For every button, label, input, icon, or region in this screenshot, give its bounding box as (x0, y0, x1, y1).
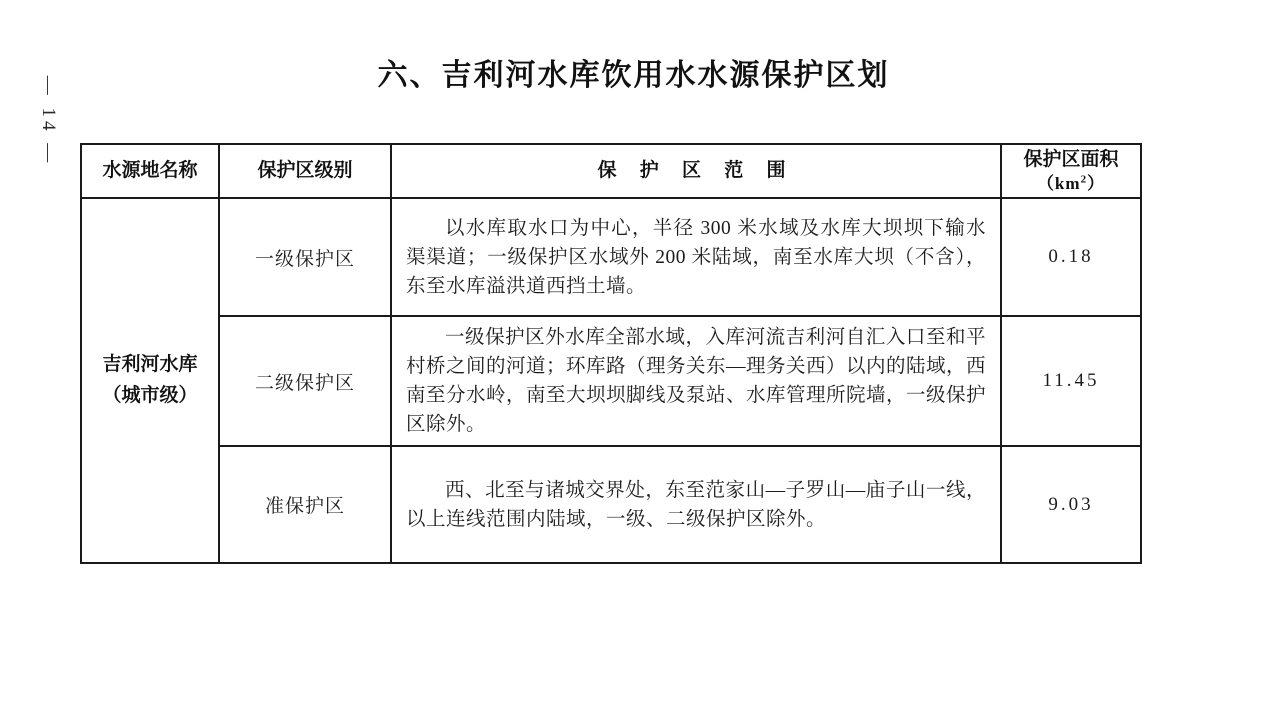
range-cell-quasi: 西、北至与诸城交界处，东至范家山—子罗山—庙子山一线，以上连线范围内陆域，一级、… (391, 446, 1001, 563)
protection-zone-table: 水源地名称 保护区级别 保 护 区 范 围 保护区面积 （km2） 吉利河水库 … (80, 143, 1142, 564)
header-protection-area: 保护区面积 （km2） (1001, 144, 1141, 198)
header-area-unit: （km2） (1002, 173, 1140, 194)
area-cell-secondary: 11.45 (1001, 316, 1141, 446)
document-page: — 14 — 六、吉利河水库饮用水水源保护区划 水源地名称 保护区级别 保 护 … (0, 0, 1267, 710)
source-name-cell: 吉利河水库 （城市级） (81, 198, 219, 563)
header-source-name: 水源地名称 (81, 144, 219, 198)
header-protection-level-label: 保护区级别 (257, 160, 352, 181)
source-name-line2: （城市级） (82, 381, 218, 411)
table-row: 吉利河水库 （城市级） 一级保护区 以水库取水口为中心，半径 300 米水域及水… (81, 198, 1141, 316)
range-text: 西、北至与诸城交界处，东至范家山—子罗山—庙子山一线，以上连线范围内陆域，一级、… (406, 476, 986, 534)
range-text: 一级保护区外水库全部水域，入库河流吉利河自汇入口至和平村桥之间的河道；环库路（理… (406, 323, 986, 439)
header-protection-range: 保 护 区 范 围 (391, 144, 1001, 198)
area-cell-primary: 0.18 (1001, 198, 1141, 316)
header-protection-area-label: 保护区面积 (1023, 149, 1118, 170)
table-row: 准保护区 西、北至与诸城交界处，东至范家山—子罗山—庙子山一线，以上连线范围内陆… (81, 446, 1141, 563)
table-header-row: 水源地名称 保护区级别 保 护 区 范 围 保护区面积 （km2） (81, 144, 1141, 198)
header-protection-range-label: 保 护 区 范 围 (597, 160, 794, 181)
area-cell-quasi: 9.03 (1001, 446, 1141, 563)
level-cell-quasi: 准保护区 (219, 446, 391, 563)
level-cell-primary: 一级保护区 (219, 198, 391, 316)
source-name-line1: 吉利河水库 (82, 350, 218, 380)
level-cell-secondary: 二级保护区 (219, 316, 391, 446)
header-protection-level: 保护区级别 (219, 144, 391, 198)
page-title: 六、吉利河水库饮用水水源保护区划 (0, 50, 1267, 94)
range-text: 以水库取水口为中心，半径 300 米水域及水库大坝坝下输水渠渠道；一级保护区水域… (406, 214, 986, 301)
table-row: 二级保护区 一级保护区外水库全部水域，入库河流吉利河自汇入口至和平村桥之间的河道… (81, 316, 1141, 446)
range-cell-primary: 以水库取水口为中心，半径 300 米水域及水库大坝坝下输水渠渠道；一级保护区水域… (391, 198, 1001, 316)
range-cell-secondary: 一级保护区外水库全部水域，入库河流吉利河自汇入口至和平村桥之间的河道；环库路（理… (391, 316, 1001, 446)
header-source-name-label: 水源地名称 (102, 160, 197, 181)
